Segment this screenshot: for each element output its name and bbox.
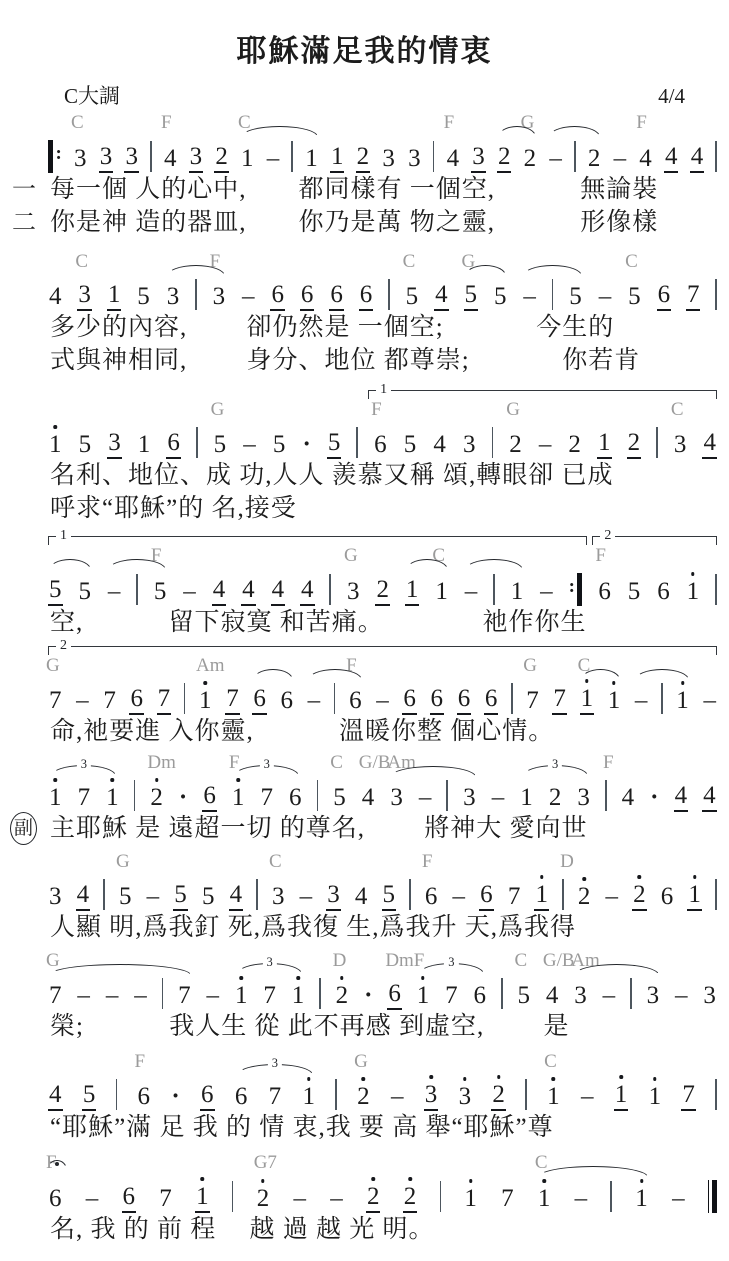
note-token: 6 (288, 785, 303, 812)
note-token: 5 (201, 884, 216, 911)
lyric-line: 式與神相同, 身分、地位 都尊崇; 你若肯 (10, 344, 723, 377)
duration-dash: – (266, 146, 281, 173)
note-token: 6 (473, 983, 488, 1010)
notes-row: :3334321–112334322–2–444 (48, 140, 717, 173)
duration-dash: – (329, 1186, 344, 1213)
note-token: 4 (702, 430, 717, 459)
chord-label: F (161, 113, 172, 132)
lyric-line: 空, 留下寂寞 和苦痛。 祂作你生 (10, 606, 723, 639)
triplet-bracket: 3 (237, 963, 302, 974)
note-token: 1 (231, 785, 246, 812)
barline (409, 879, 411, 910)
note-token: 6 (166, 430, 181, 459)
note-token: 4 (690, 144, 705, 173)
barline (661, 683, 663, 714)
note-token: 2 (356, 144, 371, 173)
note-token: 4 (271, 577, 286, 606)
note-token: 4 (545, 983, 560, 1010)
note-token: 6 (457, 686, 472, 715)
slur-arc (253, 669, 293, 680)
note-token: 3 (458, 1084, 473, 1111)
lyric-text: 每一個 人的心中, 都同樣有 一個空, 無論裝 (50, 176, 658, 203)
music-system: 7–7671766–6–66667711–1–GAmFGC2命,祂要進 入你靈,… (10, 641, 723, 748)
triplet-number: 3 (548, 758, 562, 772)
lyric-line: “耶穌”滿 足 我 的 情 衷,我 要 高 舉“耶穌”尊 (10, 1111, 723, 1144)
duration-dash: – (206, 983, 221, 1010)
octave-dot (619, 1075, 623, 1079)
note-token: 6 (430, 686, 445, 715)
volta-number: 2 (56, 638, 71, 655)
chord-label: C (544, 1052, 557, 1071)
lyric-text: 多少的內容, 卻仍然是 一個空; 今生的 (50, 314, 614, 341)
lyric-line: 多少的內容, 卻仍然是 一個空; 今生的 (10, 311, 723, 344)
barline (136, 574, 138, 605)
note-token: 3 (346, 579, 361, 606)
note-token: 7 (48, 983, 63, 1010)
note-token: 5 (82, 1082, 97, 1111)
duration-dash: – (452, 884, 467, 911)
barline (630, 978, 632, 1009)
note-token: 5 (272, 432, 287, 459)
volta-number: 2 (600, 528, 615, 545)
chord-label: F (422, 852, 433, 871)
note-token: 4 (361, 785, 376, 812)
slur-arc (241, 126, 318, 137)
octave-dot (640, 1179, 644, 1183)
triplet-number: 3 (444, 956, 458, 970)
chord-label: F (371, 400, 382, 419)
note-token: 1 (416, 983, 431, 1010)
barline (317, 780, 319, 811)
note-token: 1 (240, 146, 255, 173)
music-system: 1712·6176543–3–1234·44DmFCG/BAmF333副主耶穌 … (10, 750, 723, 845)
music-system: 153165–5·565432–21234GFGC1名利、地位、成 功,人人 羨… (10, 385, 723, 525)
note-token: 3 (381, 146, 396, 173)
duration-dash: – (604, 884, 619, 911)
barline (511, 683, 513, 714)
lyric-text: 人顯 明,爲我釘 死,爲我復 生,爲我升 天,爲我得 (50, 914, 576, 941)
note-token: 1 (304, 146, 319, 173)
barline (525, 1079, 527, 1110)
note-token: 1 (580, 686, 595, 715)
duration-dash: – (539, 579, 554, 606)
note-token: 7 (444, 983, 459, 1010)
lyric-text: 榮; 我人生 從 此不再感 到虛空, 是 (50, 1013, 569, 1040)
note-token: 1 (405, 577, 420, 606)
duration-dash: – (702, 688, 717, 715)
triplet-bracket: 3 (234, 765, 299, 776)
duration-dash: – (182, 579, 197, 606)
chord-label: G (211, 400, 225, 419)
staff: 7–––7–1712·6176543–3–3GDDmFCG/BAm33 (48, 950, 717, 1010)
slur-arc (538, 1166, 648, 1177)
duration-dash: – (671, 1186, 686, 1213)
note-token: 5 (382, 882, 397, 911)
octave-dot (340, 976, 344, 980)
octave-dot (239, 976, 243, 980)
note-token: 1 (137, 432, 152, 459)
note-token: 2 (375, 577, 390, 606)
note-token: 6 (329, 282, 344, 311)
verse-marker: 一 (12, 174, 36, 207)
note-token: 4 (48, 1082, 63, 1111)
chord-label: G (46, 951, 60, 970)
note-token: 1 (546, 1084, 561, 1111)
lyric-text: “耶穌”滿 足 我 的 情 衷,我 要 高 舉“耶穌”尊 (50, 1114, 554, 1141)
octave-dot (155, 778, 159, 782)
duration-dash: – (307, 688, 322, 715)
chord-label: G/B (543, 951, 575, 970)
notes-row: 456·66712–3321–117 (48, 1079, 717, 1111)
octave-dot (653, 1077, 657, 1081)
note-token: 3 (471, 144, 486, 173)
sheet-page: 耶穌滿足我的情衷 C大調 4/4 :3334321–112334322–2–44… (0, 0, 729, 1261)
chord-label: F (595, 546, 606, 565)
note-token: 3 (48, 884, 63, 911)
chord-label: G7 (254, 1153, 277, 1172)
note-token: 3 (702, 983, 717, 1010)
lyric-text: 式與神相同, 身分、地位 都尊崇; 你若肯 (50, 347, 640, 374)
chord-label: C (75, 252, 88, 271)
note-token: 2 (632, 882, 647, 911)
slur-arc (49, 964, 191, 975)
chord-label: F (414, 951, 425, 970)
octave-dot (421, 976, 425, 980)
verse-marker: 二 (12, 207, 36, 240)
chord-label: Dm (147, 753, 176, 772)
notes-row: 153165–5·565432–21234 (48, 427, 717, 459)
note-token: 5 (173, 882, 188, 911)
chord-label: C (625, 252, 638, 271)
lyric-line: 命,祂要進 入你靈, 溫暖你整 個心情。 (10, 715, 723, 748)
note-token: 1 (105, 785, 120, 812)
lyric-text: 主耶穌 是 遠超一切 的尊名, 將神大 愛向世 (50, 815, 588, 842)
note-token: 3 (124, 144, 139, 173)
note-token: 2 (149, 785, 164, 812)
octave-dot (408, 1177, 412, 1181)
note-token: 3 (424, 1082, 439, 1111)
fermata-icon (47, 1160, 67, 1170)
note-token: 3 (462, 785, 477, 812)
duration-dash: – (299, 884, 314, 911)
octave-dot (54, 778, 58, 782)
note-token: 4 (638, 146, 653, 173)
note-token: 4 (300, 577, 315, 606)
note-token: 1 (330, 144, 345, 173)
barline (150, 141, 152, 172)
lyric-line: 名利、地位、成 功,人人 羨慕又稱 頌,轉眼卻 已成 (10, 459, 723, 492)
final-barline (708, 1180, 717, 1213)
note-token: 4 (163, 146, 178, 173)
slur-arc (549, 126, 600, 137)
note-token: 5 (327, 430, 342, 459)
note-token: 3 (576, 785, 591, 812)
note-token: 6 (597, 579, 612, 606)
staff: 431533–66665455–5–567CFCGC (48, 251, 717, 311)
augmentation-dot: · (170, 1084, 180, 1111)
note-token: 4 (434, 282, 449, 311)
note-token: 1 (291, 983, 306, 1010)
barline (610, 1181, 612, 1212)
octave-dot (681, 681, 685, 685)
chord-label: F (636, 113, 647, 132)
note-token: 1 (510, 579, 525, 606)
lyric-text: 命,祂要進 入你靈, 溫暖你整 個心情。 (50, 718, 554, 745)
duration-dash: – (674, 983, 689, 1010)
note-token: 1 (519, 785, 534, 812)
note-token: 1 (597, 430, 612, 459)
note-token: 6 (484, 686, 499, 715)
note-token: 7 (262, 983, 277, 1010)
triplet-bracket: 3 (523, 765, 588, 776)
barline (493, 574, 495, 605)
chord-label: G/B (359, 753, 391, 772)
note-token: 7 (681, 1082, 696, 1111)
barline (715, 279, 717, 310)
volta-bracket: 1 (368, 390, 717, 399)
chord-label: C (403, 252, 416, 271)
note-token: 3 (77, 282, 92, 311)
note-token: 5 (568, 284, 583, 311)
note-token: 6 (202, 783, 217, 812)
note-token: 6 (656, 579, 671, 606)
octave-dot (429, 1075, 433, 1079)
octave-dot (691, 572, 695, 576)
lyric-line: 二你是神 造的器皿, 你乃是萬 物之靈, 形像樣 (10, 206, 723, 239)
chord-label: C (269, 852, 282, 871)
note-token: 2 (497, 144, 512, 173)
note-token: 2 (356, 1084, 371, 1111)
note-token: 5 (464, 282, 479, 311)
staff: 55–5–44443211–1–:6561FGCF12 (48, 531, 717, 606)
note-token: 2 (567, 432, 582, 459)
barline (196, 427, 198, 458)
duration-dash: – (602, 983, 617, 1010)
duration-dash: – (76, 983, 91, 1010)
volta-bracket: 2 (592, 536, 717, 545)
note-token: 7 (268, 1084, 283, 1111)
barline (256, 879, 258, 910)
staff: 6–6712––22171–1–FG7C (48, 1152, 717, 1213)
augmentation-dot: · (649, 785, 659, 812)
note-token: 6 (48, 1186, 63, 1213)
note-token: 7 (157, 686, 172, 715)
note-token: 2 (548, 785, 563, 812)
note-token: 6 (657, 282, 672, 311)
note-token: 4 (446, 146, 461, 173)
music-system: 6–6712––22171–1–FG7C名, 我 的 前 程 越 過 越 光 明… (10, 1152, 723, 1246)
octave-dot (612, 681, 616, 685)
octave-dot (371, 1177, 375, 1181)
lyric-line: 呼求“耶穌”的 名,接受 (10, 492, 723, 525)
music-systems: :3334321–112334322–2–444CFCFGF一每一個 人的心中,… (0, 112, 729, 1246)
note-token: 6 (300, 282, 315, 311)
duration-dash: – (107, 579, 122, 606)
note-token: 1 (537, 1186, 552, 1213)
note-token: 3 (73, 146, 88, 173)
note-token: 2 (627, 430, 642, 459)
barline (319, 978, 321, 1009)
note-token: 6 (122, 1184, 137, 1213)
note-token: 4 (48, 284, 63, 311)
repeat-begin-barline: : (48, 140, 62, 173)
duration-dash: – (375, 688, 390, 715)
slur-arc (635, 669, 689, 680)
note-token: 7 (102, 688, 117, 715)
slur-arc (523, 265, 581, 276)
duration-dash: – (85, 1186, 100, 1213)
staff: 456·66712–3321–117FGC3 (48, 1051, 717, 1111)
duration-dash: – (613, 146, 628, 173)
chord-label: C (535, 1153, 548, 1172)
note-token: 2 (256, 1186, 271, 1213)
barline (715, 141, 717, 172)
chord-label: C (330, 753, 343, 772)
note-token: 5 (332, 785, 347, 812)
staff: 7–7671766–6–66667711–1–GAmFGC2 (48, 641, 717, 715)
duration-dash: – (580, 1084, 595, 1111)
note-token: 5 (403, 432, 418, 459)
octave-dot (261, 1179, 265, 1183)
music-system: :3334321–112334322–2–444CFCFGF一每一個 人的心中,… (10, 112, 723, 239)
note-token: 3 (389, 785, 404, 812)
note-token: 1 (607, 688, 622, 715)
note-token: 7 (552, 686, 567, 715)
barline (116, 1079, 118, 1110)
chord-label: G (344, 546, 358, 565)
note-token: 3 (107, 430, 122, 459)
barline (162, 978, 164, 1009)
chord-label: F (444, 113, 455, 132)
note-token: 5 (118, 884, 133, 911)
duration-dash: – (292, 1186, 307, 1213)
refrain-marker: 副 (10, 812, 37, 845)
note-token: 1 (48, 785, 63, 812)
notes-row: 1712·6176543–3–1234·44 (48, 780, 717, 812)
note-token: 6 (270, 282, 285, 311)
barline (232, 1181, 234, 1212)
barline (134, 780, 136, 811)
staff: :3334321–112334322–2–444CFCFGF (48, 112, 717, 173)
note-token: 5 (78, 432, 93, 459)
duration-dash: – (598, 284, 613, 311)
note-token: 2 (577, 884, 592, 911)
music-system: 456·66712–3321–117FGC3“耶穌”滿 足 我 的 情 衷,我 … (10, 1051, 723, 1144)
note-token: 7 (48, 688, 63, 715)
barline (184, 683, 186, 714)
note-token: 3 (673, 432, 688, 459)
time-signature: 4/4 (658, 84, 685, 109)
barline (103, 879, 105, 910)
note-token: 5 (493, 284, 508, 311)
note-token: 1 (534, 882, 549, 911)
note-token: 4 (432, 432, 447, 459)
staff: 1712·6176543–3–1234·44DmFCG/BAmF333 (48, 750, 717, 812)
lyric-text: 你是神 造的器皿, 你乃是萬 物之靈, 形像樣 (50, 209, 658, 236)
notes-row: 431533–66665455–5–567 (48, 279, 717, 311)
note-token: 6 (660, 884, 675, 911)
music-system: 7–––7–1712·6176543–3–3GDDmFCG/BAm33榮; 我人… (10, 950, 723, 1043)
chord-label: G (116, 852, 130, 871)
note-token: 4 (621, 785, 636, 812)
barline (574, 141, 576, 172)
chord-label: G (506, 400, 520, 419)
octave-dot (463, 1077, 467, 1081)
note-token: 6 (137, 1084, 152, 1111)
note-token: 7 (500, 1186, 515, 1213)
barline (291, 141, 293, 172)
note-token: 7 (158, 1186, 173, 1213)
chord-label: F (603, 753, 614, 772)
note-token: 1 (686, 579, 701, 606)
triplet-number: 3 (268, 1057, 282, 1071)
triplet-bracket: 3 (237, 1064, 313, 1075)
note-token: 2 (403, 1184, 418, 1213)
note-token: 3 (326, 882, 341, 911)
note-token: 1 (614, 1082, 629, 1111)
octave-dot (638, 875, 642, 879)
note-token: 5 (516, 983, 531, 1010)
octave-dot (296, 976, 300, 980)
chord-label: G (46, 656, 60, 675)
lyric-line: 副主耶穌 是 遠超一切 的尊名, 將神大 愛向世 (10, 812, 723, 845)
music-system: 55–5–44443211–1–:6561FGCF12空, 留下寂寞 和苦痛。 … (10, 531, 723, 639)
note-token: 5 (77, 579, 92, 606)
note-token: 3 (99, 144, 114, 173)
note-token: 1 (198, 688, 213, 715)
duration-dash: – (133, 983, 148, 1010)
slur-arc (465, 559, 523, 570)
note-token: 7 (177, 983, 192, 1010)
note-token: 4 (674, 783, 689, 812)
music-system: 345–5543–3456–6712–261GCFD人顯 明,爲我釘 死,爲我復… (10, 853, 723, 944)
note-token: 1 (687, 882, 702, 911)
note-token: 3 (407, 146, 422, 173)
duration-dash: – (634, 688, 649, 715)
note-token: 3 (462, 432, 477, 459)
duration-dash: – (75, 688, 90, 715)
barline (715, 574, 717, 605)
note-token: 1 (463, 1186, 478, 1213)
note-token: 7 (77, 785, 92, 812)
barline (605, 780, 607, 811)
note-token: 6 (479, 882, 494, 911)
note-token: 6 (387, 981, 402, 1010)
augmentation-dot: · (301, 432, 311, 459)
octave-dot (693, 875, 697, 879)
barline (388, 279, 390, 310)
note-token: 7 (259, 785, 274, 812)
note-token: 6 (402, 686, 417, 715)
chord-label: G (354, 1052, 368, 1071)
lyric-line: 一每一個 人的心中, 都同樣有 一個空, 無論裝 (10, 173, 723, 206)
note-token: 4 (664, 144, 679, 173)
chord-label: C (514, 951, 527, 970)
barline (195, 279, 197, 310)
triplet-number: 3 (260, 758, 274, 772)
note-token: 6 (252, 686, 267, 715)
duration-dash: – (548, 146, 563, 173)
volta-number: 1 (376, 382, 391, 399)
barline (440, 1181, 442, 1212)
barline (715, 879, 717, 910)
chord-label: Am (196, 656, 225, 675)
duration-dash: – (522, 284, 537, 311)
lyric-text: 呼求“耶穌”的 名,接受 (50, 495, 297, 522)
chord-label: F (135, 1052, 146, 1071)
duration-dash: – (390, 1084, 405, 1111)
note-token: 2 (366, 1184, 381, 1213)
